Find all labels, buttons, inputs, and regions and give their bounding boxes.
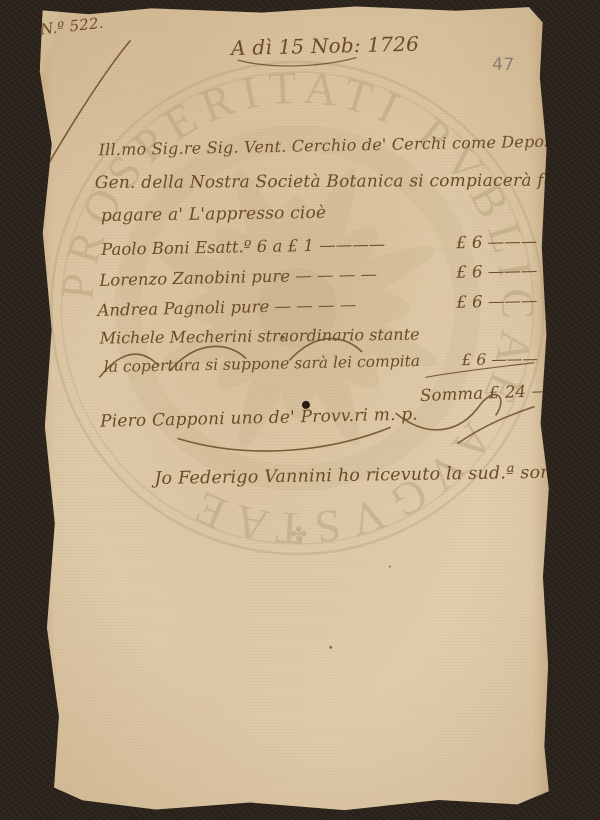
torn-corner-scrap bbox=[20, 3, 62, 73]
document-page: ✤ PROSPERITATI PVBLICAE AVGVSTAE N.º 5 bbox=[26, 5, 554, 814]
payee-name: Michele Mecherini straordinario stante bbox=[100, 325, 420, 348]
letter-line-2: Gen. della Nostra Società Botanica si co… bbox=[95, 171, 563, 193]
payment-row: Paolo Boni Esatt.º 6 a £ 1 ———— £ 6 ——— bbox=[101, 232, 537, 259]
date-heading: A dì 15 Nob: 1726 bbox=[231, 32, 419, 60]
payment-amount: £ 6 ——— bbox=[456, 261, 537, 282]
payment-row: la copertura si suppone sarà lei compita… bbox=[104, 350, 538, 376]
letter-line-3: pagare a' L'appresso cioè bbox=[101, 203, 326, 226]
photo-background: ✤ PROSPERITATI PVBLICAE AVGVSTAE N.º 5 bbox=[0, 0, 600, 820]
payment-amount: £ 6 ——— bbox=[461, 350, 537, 369]
payee-name: la copertura si suppone sarà lei compita bbox=[104, 352, 421, 376]
payment-amount: £ 6 ——— bbox=[456, 291, 537, 312]
margin-slash bbox=[458, 407, 534, 443]
signature-underswash bbox=[178, 427, 390, 451]
page-number-pencil: 47 bbox=[492, 55, 515, 76]
receipt-line: Jo Federigo Vannini ho ricevuto la sud.ª… bbox=[154, 462, 584, 489]
ink-speck bbox=[329, 646, 332, 649]
ink-speck bbox=[389, 565, 391, 567]
payee-name: Lorenzo Zanobini pure — — — — bbox=[99, 265, 377, 290]
payee-name: Andrea Pagnoli pure — — — — bbox=[97, 295, 356, 320]
somma-line: Somma £ 24 ——— bbox=[420, 380, 583, 405]
ink-speck bbox=[302, 401, 310, 409]
signature-line: Piero Capponi uno de' Provv.ri m. p. bbox=[100, 405, 418, 432]
letter-line-1: Ill.mo Sig.re Sig. Vent. Cerchio de' Cer… bbox=[98, 131, 581, 159]
payment-amount: £ 6 ——— bbox=[456, 232, 537, 253]
payment-row: Michele Mecherini straordinario stante bbox=[100, 323, 538, 347]
payment-row: Lorenzo Zanobini pure — — — — £ 6 ——— bbox=[99, 261, 537, 290]
payment-row: Andrea Pagnoli pure — — — — £ 6 ——— bbox=[97, 291, 537, 320]
payee-name: Paolo Boni Esatt.º 6 a £ 1 ———— bbox=[101, 235, 385, 259]
seal-bottom-cross: ✤ bbox=[290, 522, 307, 546]
ink-speck bbox=[282, 336, 285, 339]
